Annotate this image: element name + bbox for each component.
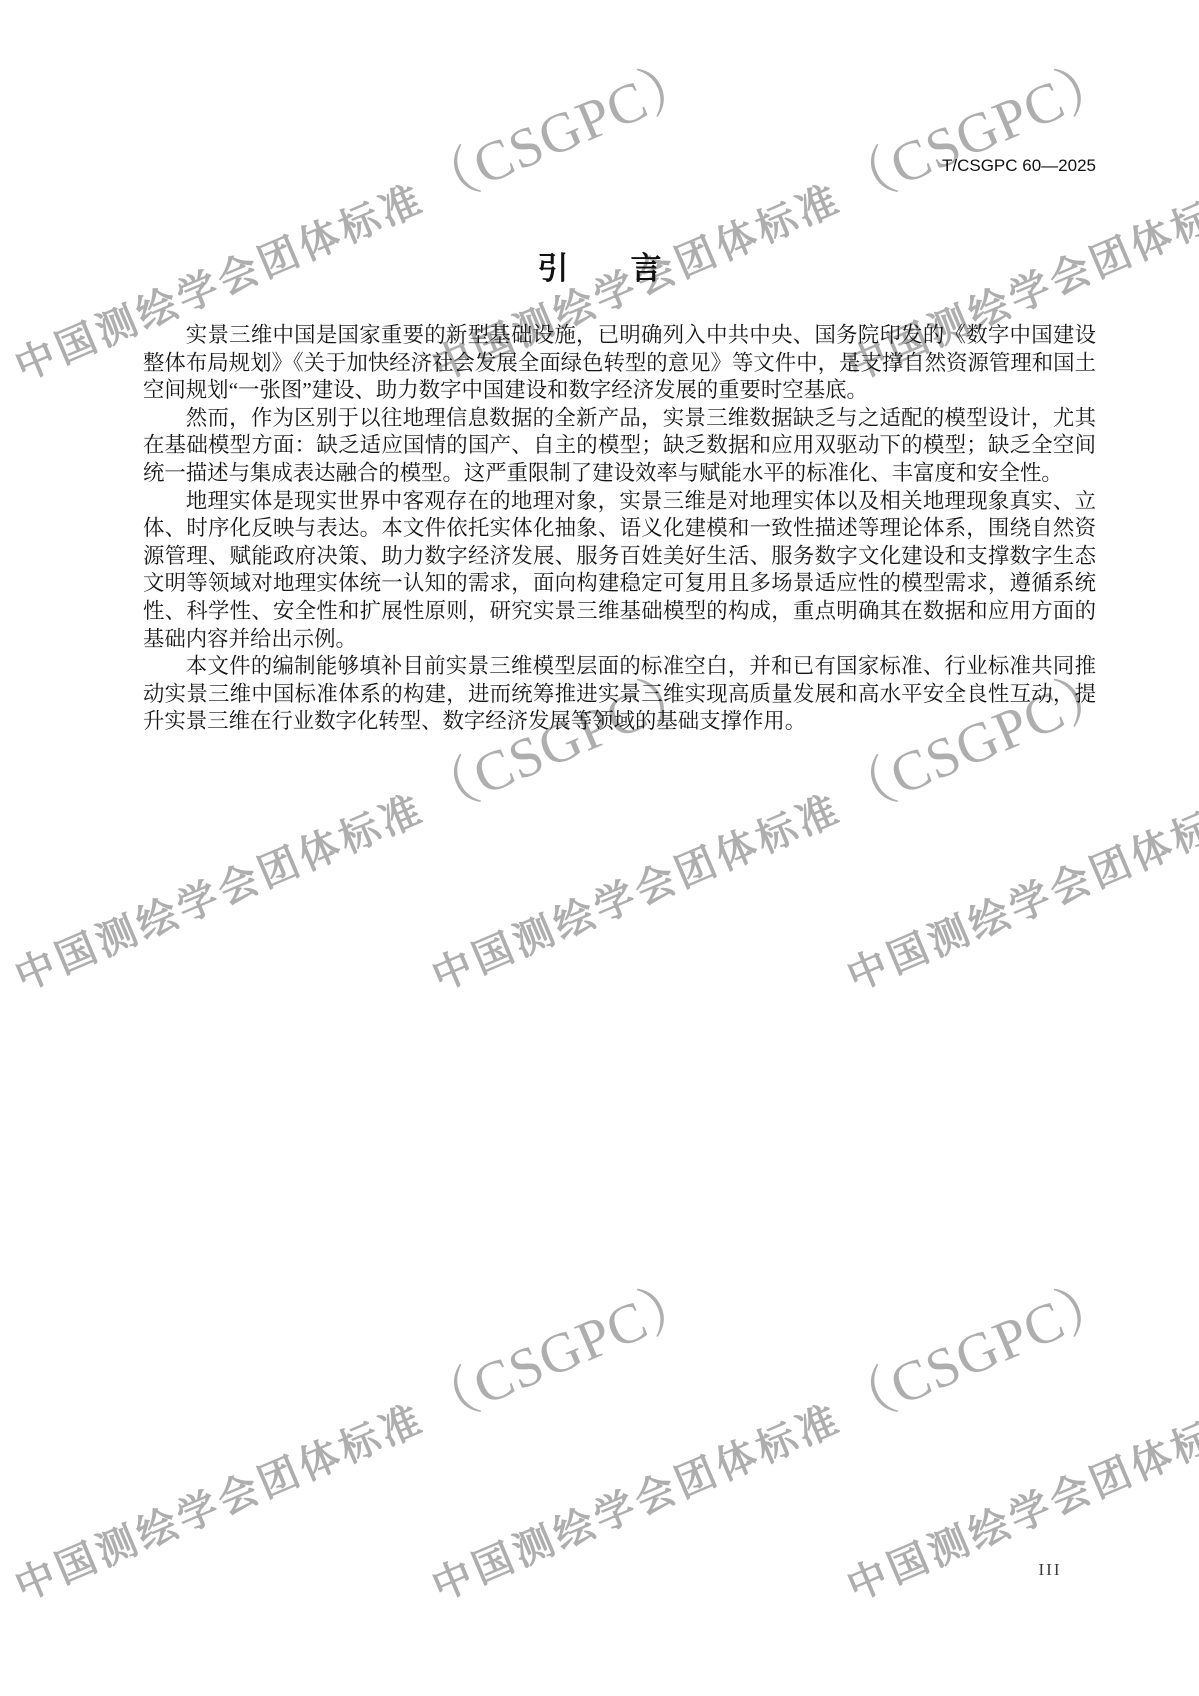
- introduction-body: 实景三维中国是国家重要的新型基础设施，已明确列入中共中央、国务院印发的《数字中国…: [143, 322, 1096, 736]
- paragraph-1: 实景三维中国是国家重要的新型基础设施，已明确列入中共中央、国务院印发的《数字中国…: [143, 322, 1096, 405]
- standard-code-header: T/CSGPC 60—2025: [942, 156, 1096, 176]
- page-title: 引 言: [0, 243, 1199, 288]
- standard-document-page: 中国测绘学会团体标准 （CSGPC） 中国测绘学会团体标准 （CSGPC） 中国…: [0, 0, 1199, 1696]
- paragraph-3: 地理实体是现实世界中客观存在的地理对象，实景三维是对地理实体以及相关地理现象真实…: [143, 488, 1096, 654]
- paragraph-2: 然而，作为区别于以往地理信息数据的全新产品，实景三维数据缺乏与之适配的模型设计，…: [143, 405, 1096, 488]
- page-number: III: [1005, 1560, 1095, 1580]
- document-content: T/CSGPC 60—2025 引 言 实景三维中国是国家重要的新型基础设施，已…: [0, 0, 1199, 1696]
- paragraph-4: 本文件的编制能够填补目前实景三维模型层面的标准空白，并和已有国家标准、行业标准共…: [143, 653, 1096, 736]
